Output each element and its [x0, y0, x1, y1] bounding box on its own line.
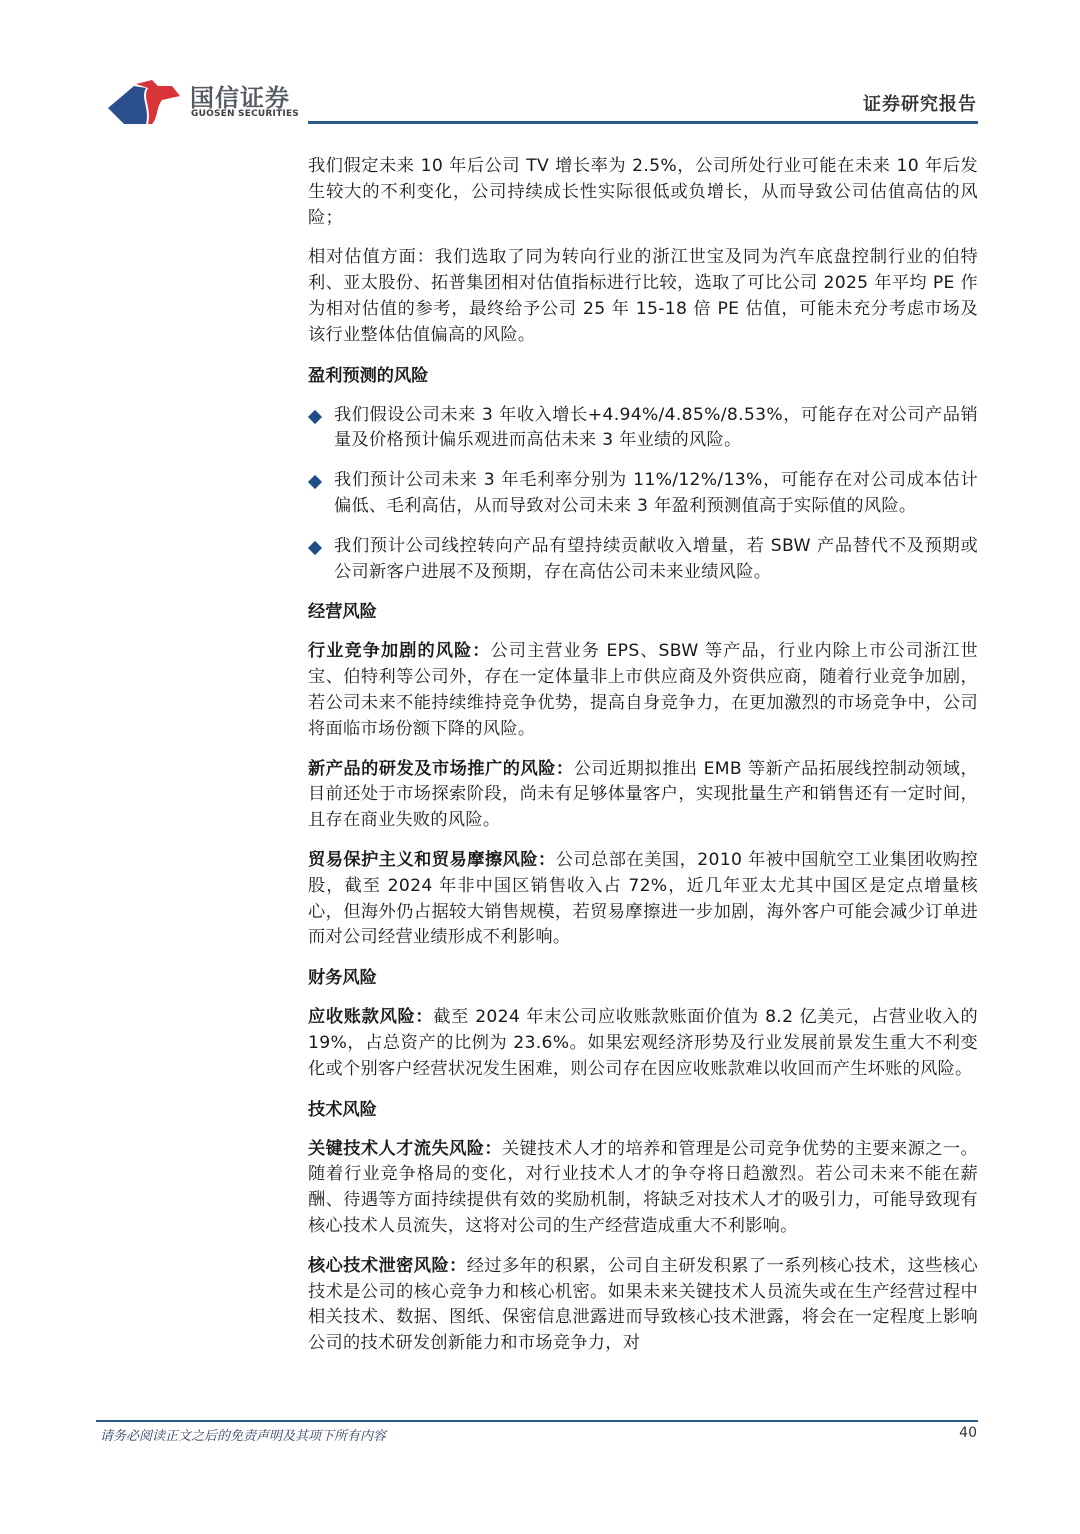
footer-divider	[96, 1420, 978, 1422]
heading-financial-risk: 财务风险	[308, 965, 978, 991]
footer-disclaimer: 请务必阅读正文之后的免责声明及其项下所有内容	[100, 1425, 386, 1444]
bullet-item: 我们预计公司未来 3 年毛利率分别为 11%/12%/13%，可能存在对公司成本…	[308, 468, 978, 520]
guosen-logo-icon	[106, 78, 186, 126]
paragraph-trade-friction-risk: 贸易保护主义和贸易摩擦风险：公司总部在美国，2010 年被中国航空工业集团收购控…	[308, 848, 978, 951]
bullet-item: 我们预计公司线控转向产品有望持续贡献收入增量，若 SBW 产品替代不及预期或公司…	[308, 534, 978, 586]
heading-profit-forecast-risk: 盈利预测的风险	[308, 363, 978, 389]
paragraph-talent-loss-risk: 关键技术人才流失风险：关键技术人才的培养和管理是公司竞争优势的主要来源之一。随着…	[308, 1137, 978, 1240]
page-number: 40	[959, 1425, 977, 1441]
guosen-logo: 国信证券 GUOSEN SECURITIES	[106, 76, 296, 126]
diamond-bullet-icon	[308, 410, 322, 424]
logo-text-cn: 国信证券	[190, 78, 290, 113]
paragraph-receivables-risk: 应收账款风险：截至 2024 年末公司应收账款账面价值为 8.2 亿美元，占营业…	[308, 1005, 978, 1082]
document-type-label: 证券研究报告	[863, 90, 977, 116]
bullet-item: 我们假设公司未来 3 年收入增长+4.94%/4.85%/8.53%，可能存在对…	[308, 403, 978, 455]
diamond-bullet-icon	[308, 541, 322, 555]
diamond-bullet-icon	[308, 475, 322, 489]
heading-technology-risk: 技术风险	[308, 1097, 978, 1123]
paragraph-tech-leak-risk: 核心技术泄密风险：经过多年的积累，公司自主研发积累了一系列核心技术，这些核心技术…	[308, 1254, 978, 1357]
paragraph-competition-risk: 行业竞争加剧的风险：公司主营业务 EPS、SBW 等产品，行业内除上市公司浙江世…	[308, 639, 978, 742]
header-divider	[308, 121, 978, 124]
paragraph-absolute-valuation-risk: 我们假定未来 10 年后公司 TV 增长率为 2.5%，公司所处行业可能在未来 …	[308, 154, 978, 231]
paragraph-relative-valuation-risk: 相对估值方面：我们选取了同为转向行业的浙江世宝及同为汽车底盘控制行业的伯特利、亚…	[308, 245, 978, 348]
heading-operating-risk: 经营风险	[308, 599, 978, 625]
logo-text-en: GUOSEN SECURITIES	[191, 109, 299, 119]
report-body: 我们假定未来 10 年后公司 TV 增长率为 2.5%，公司所处行业可能在未来 …	[308, 154, 978, 1371]
paragraph-new-product-risk: 新产品的研发及市场推广的风险：公司近期拟推出 EMB 等新产品拓展线控制动领域，…	[308, 757, 978, 834]
